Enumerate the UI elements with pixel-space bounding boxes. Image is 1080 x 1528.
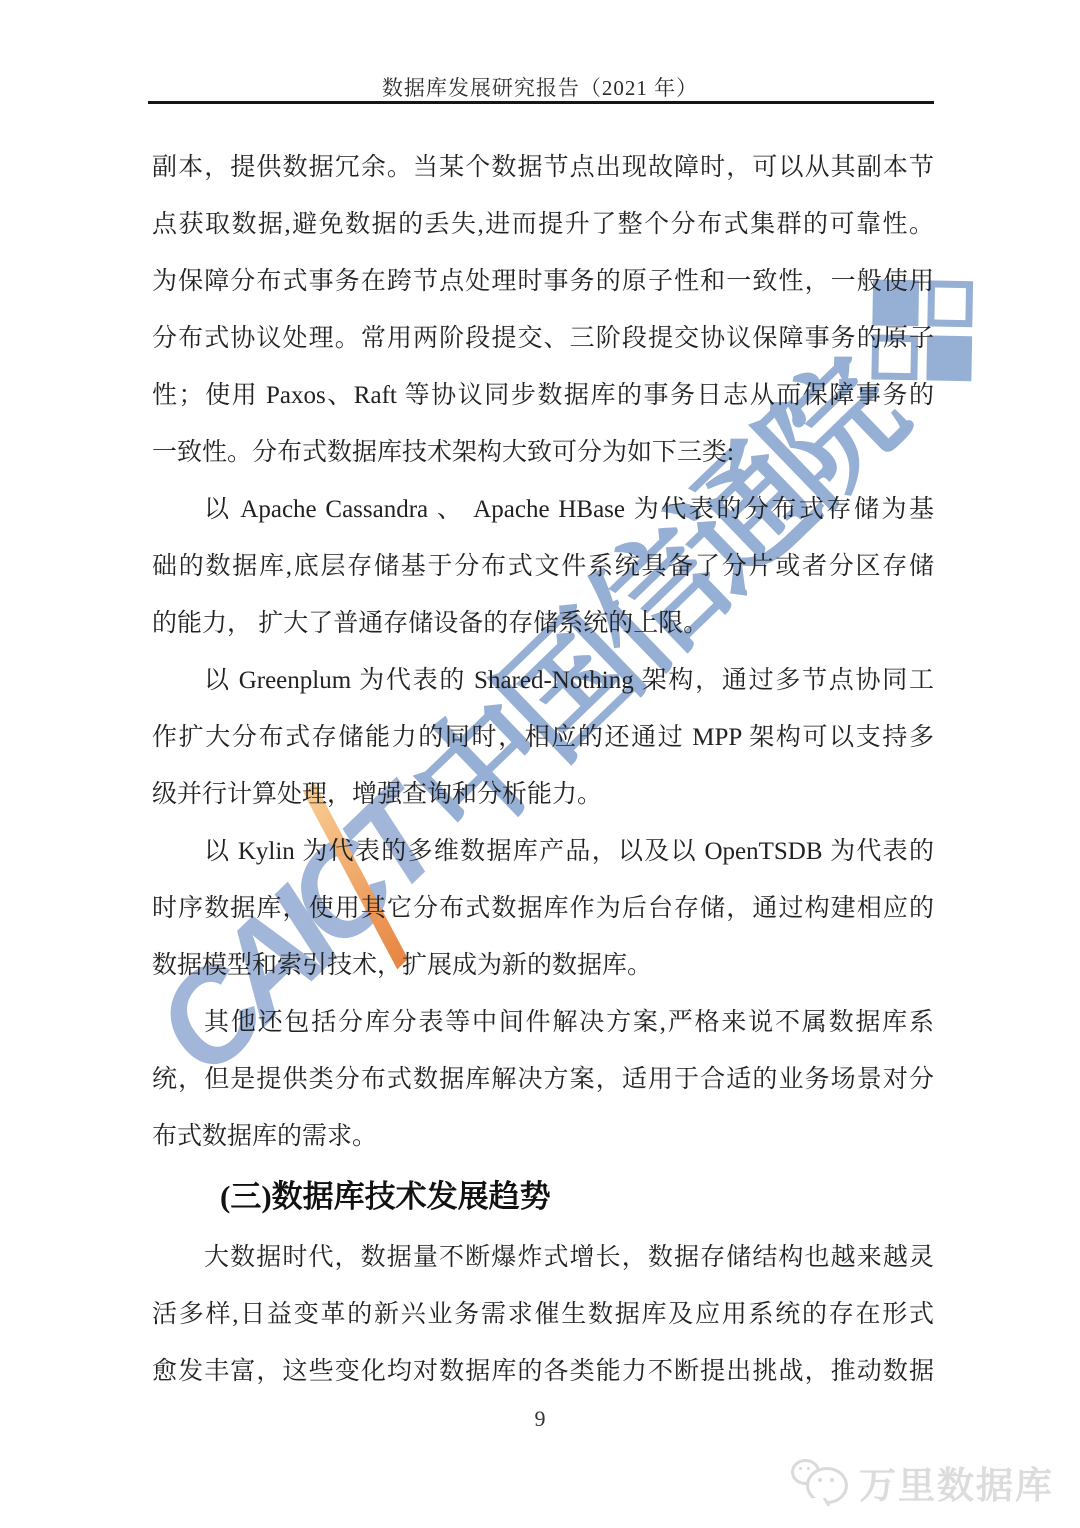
body-line: 的能力， 扩大了普通存储设备的存储系统的上限。 <box>152 598 934 655</box>
body-line: 以 Greenplum 为代表的 Shared-Nothing 架构，通过多节点… <box>152 655 934 712</box>
body-line: 点获取数据,避免数据的丢失,进而提升了整个分布式集群的可靠性。 <box>152 199 934 256</box>
body-line: 以 Apache Cassandra 、 Apache HBase 为代表的分布… <box>152 484 934 541</box>
body-line: 数据模型和索引技术，扩展成为新的数据库。 <box>152 940 934 997</box>
header-rule <box>148 101 934 104</box>
body-line: 为保障分布式事务在跨节点处理时事务的原子性和一致性，一般使用 <box>152 256 934 313</box>
body-line: 性；使用 Paxos、Raft 等协议同步数据库的事务日志从而保障事务的 <box>152 370 934 427</box>
body-text: 副本，提供数据冗余。当某个数据节点出现故障时，可以从其副本节 点获取数据,避免数… <box>152 142 934 1403</box>
body-line: 一致性。分布式数据库技术架构大致可分为如下三类: <box>152 427 934 484</box>
section-heading: (三)数据库技术发展趋势 <box>152 1168 934 1232</box>
body-line: 活多样,日益变革的新兴业务需求催生数据库及应用系统的存在形式 <box>152 1289 934 1346</box>
body-line: 统，但是提供类分布式数据库解决方案，适用于合适的业务场景对分 <box>152 1054 934 1111</box>
body-line: 愈发丰富，这些变化均对数据库的各类能力不断提出挑战，推动数据 <box>152 1346 934 1403</box>
page-header-title: 数据库发展研究报告（2021 年） <box>0 72 1080 102</box>
body-line: 其他还包括分库分表等中间件解决方案,严格来说不属数据库系 <box>152 997 934 1054</box>
body-line: 础的数据库,底层存储基于分布式文件系统具备了分片或者分区存储 <box>152 541 934 598</box>
body-line: 以 Kylin 为代表的多维数据库产品，以及以 OpenTSDB 为代表的 <box>152 826 934 883</box>
body-line: 作扩大分布式存储能力的同时，相应的还通过 MPP 架构可以支持多 <box>152 712 934 769</box>
brand-watermark: 万里数据库 <box>791 1455 1054 1509</box>
body-line: 副本，提供数据冗余。当某个数据节点出现故障时，可以从其副本节 <box>152 142 934 199</box>
body-line: 时序数据库，使用其它分布式数据库作为后台存储，通过构建相应的 <box>152 883 934 940</box>
body-line: 分布式协议处理。常用两阶段提交、三阶段提交协议保障事务的原子 <box>152 313 934 370</box>
page-number: 9 <box>0 1406 1080 1432</box>
document-page: CAICT 中国信通院 数据库发展研究报告（2021 年） 副本，提供数据冗余。… <box>0 0 1080 1528</box>
body-line: 级并行计算处理，增强查询和分析能力。 <box>152 769 934 826</box>
brand-name: 万里数据库 <box>859 1455 1054 1509</box>
body-line: 大数据时代，数据量不断爆炸式增长，数据存储结构也越来越灵 <box>152 1232 934 1289</box>
body-line: 布式数据库的需求。 <box>152 1111 934 1168</box>
wechat-icon <box>791 1458 849 1506</box>
